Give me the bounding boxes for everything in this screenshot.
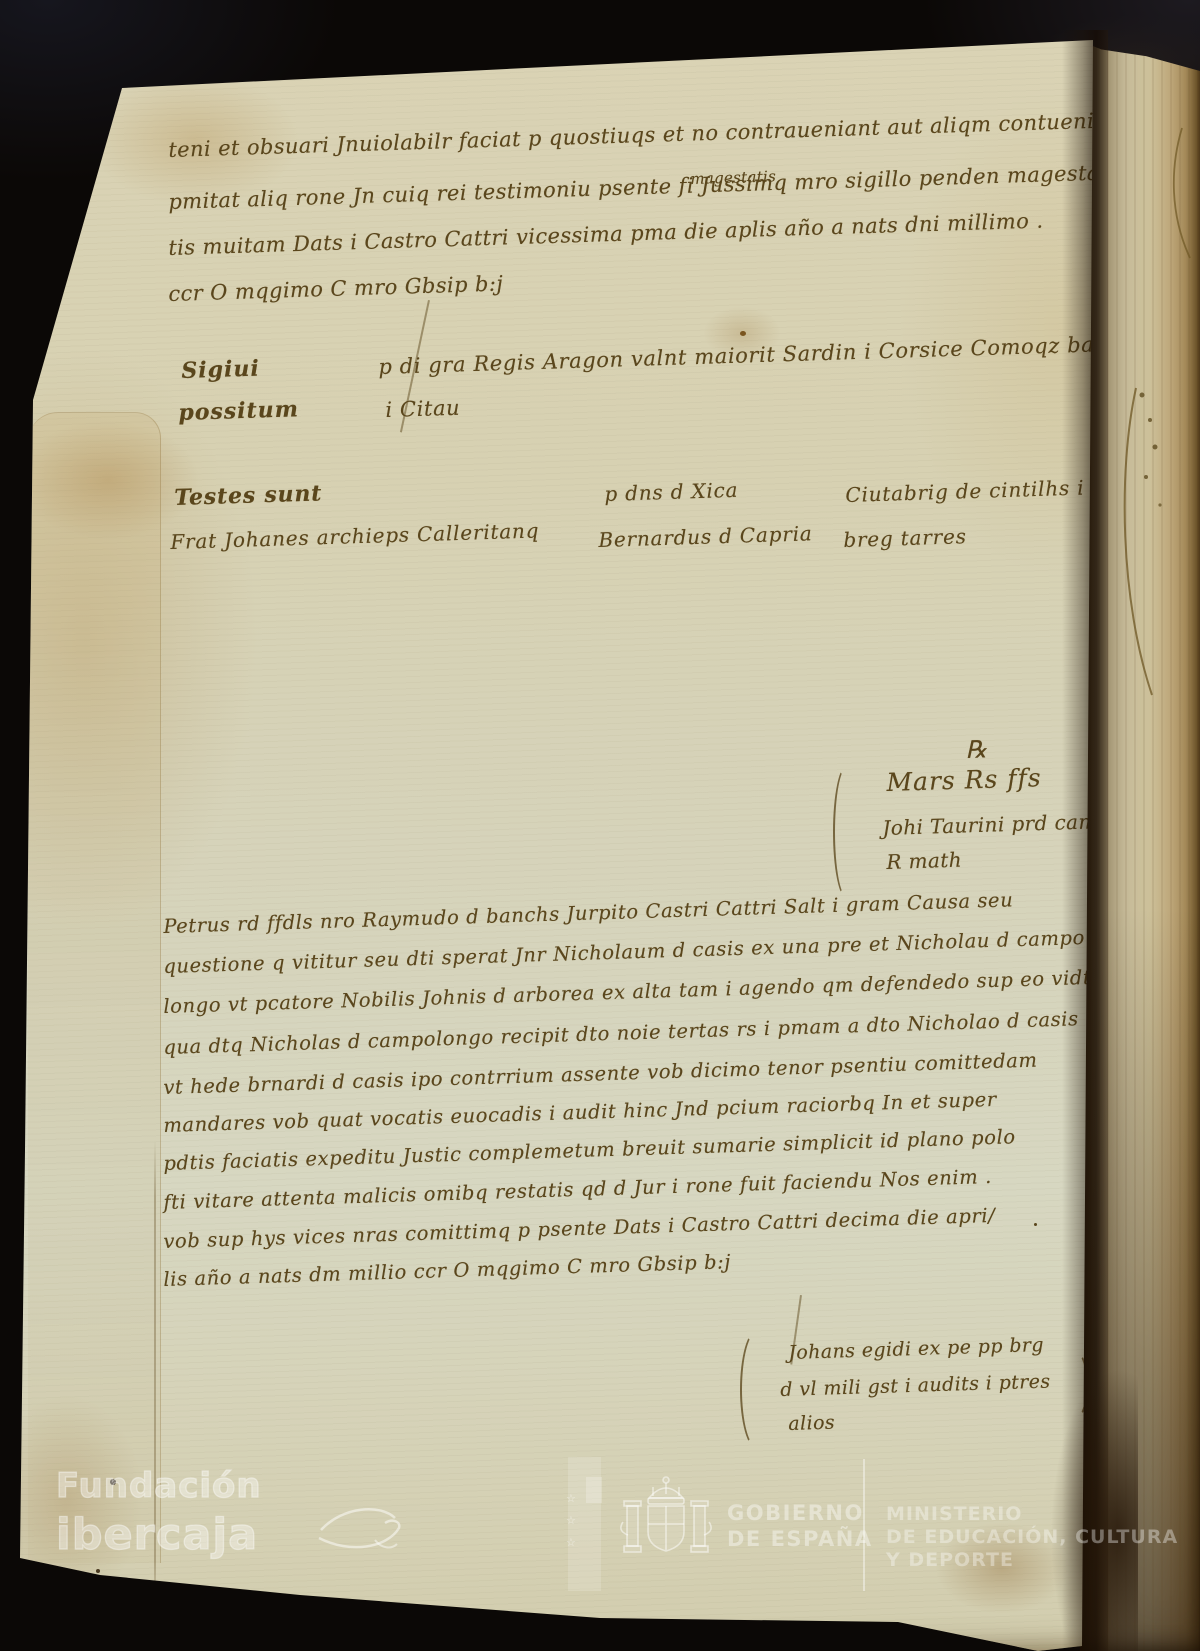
archive-photo: teni et obsuari Jnuiolabilr faciat p quo…: [0, 0, 1200, 1651]
witness-line: p dns d Xica: [604, 478, 739, 506]
eu-flag-fragment-notch: [586, 1477, 602, 1503]
witness-line: Ciutabrig de cintilhs i: [845, 475, 1085, 506]
gobierno-text: GOBIERNO: [727, 1500, 864, 1526]
witness-line: breg tarres: [843, 524, 967, 552]
signum-label: possitum: [178, 396, 299, 426]
ministerio-text: DE EDUCACIÓN, CULTURA: [886, 1526, 1178, 1549]
manuscript-line: lis año a nats dm millio ccr O mqgimo C …: [163, 1250, 731, 1291]
ink-speck: [96, 1569, 100, 1573]
registration-mark: ℞: [965, 735, 988, 764]
eu-star-icon: ☆: [566, 1492, 576, 1505]
manuscript-line: teni et obsuari Jnuiolabilr faciat p quo…: [168, 108, 1118, 162]
manuscript-line: Johans egidi ex pe pp brg: [788, 1334, 1044, 1364]
royal-intitulation-line: p di gra Regis Aragon valnt maiorit Sard…: [378, 331, 1146, 379]
bracket-flourish: [740, 1330, 774, 1449]
ministerio-text: Y DEPORTE: [886, 1549, 1014, 1572]
eu-star-icon: ☆: [566, 1514, 576, 1527]
fundacion-text: Fundación: [56, 1466, 262, 1506]
manuscript-line: fti vitare attenta malicis omibq restati…: [163, 1165, 992, 1214]
bracket-flourish: [833, 765, 861, 899]
ibercaja-text: ibercaja: [56, 1510, 258, 1560]
manuscript-line: R math: [886, 848, 962, 874]
witness-line: Testes sunt: [174, 480, 323, 511]
manuscript-line: Mars Rs ffs: [886, 763, 1042, 797]
manuscript-line: tis muitam Dats i Castro Cattri vicessim…: [168, 209, 1044, 260]
ink-speck: [1034, 1223, 1037, 1226]
eu-star-icon: ☆: [566, 1536, 576, 1549]
ink-speck: [740, 331, 746, 336]
spain-coat-of-arms-icon: [618, 1474, 714, 1576]
stained-margin-patch: [28, 412, 161, 1563]
manuscript-line: vob sup hys vices nras comittimq p psent…: [163, 1204, 996, 1253]
witness-line: Frat Johanes archieps Calleritanq: [170, 518, 540, 554]
royal-intitulation-line: i Citau: [385, 396, 461, 422]
manuscript-line: Petrus rd ffdls nro Raymudo d banchs Jur…: [163, 888, 1014, 938]
manuscript-line: ccr O mqgimo C mro Gbsip b:j: [168, 271, 504, 306]
witness-line: Bernardus d Capria: [598, 521, 813, 552]
de-espana-text: DE ESPAÑA: [727, 1526, 873, 1552]
watermark-divider: [863, 1459, 865, 1591]
ministerio-text: MINISTERIO: [886, 1503, 1022, 1526]
manuscript-line: pmitat aliq rone Jn cuiq rei testimoniu …: [168, 160, 1108, 213]
manuscript-line: alios: [788, 1412, 835, 1435]
book-gutter-shadow-bottom: [1008, 1360, 1138, 1651]
signum-label: Sigiui: [181, 356, 260, 384]
ibercaja-swirl-icon: [315, 1496, 405, 1562]
